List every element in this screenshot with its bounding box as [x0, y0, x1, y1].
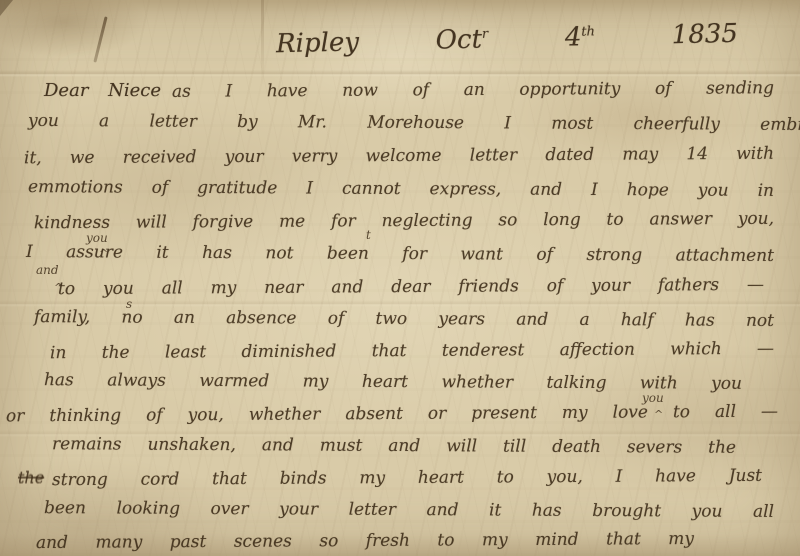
dateline-month: Octr — [435, 24, 488, 55]
letter-line: to you all my near and dear friends of y… — [58, 275, 764, 299]
letter-line: family, no an absence of two years and a… — [34, 307, 774, 331]
insertion-caret: ^ — [654, 408, 663, 421]
interlinear-insertion: you — [86, 231, 108, 245]
interlinear-insertion: s — [126, 297, 132, 311]
dateline-year: 1835 — [671, 19, 738, 50]
vertical-fold-crease — [261, 0, 264, 85]
letter-salutation: Dear Niece — [44, 80, 161, 101]
letter-line: I assure it has not been for want of str… — [26, 242, 774, 266]
ink-slash-mark — [93, 16, 107, 62]
insertion-caret: ^ — [54, 281, 63, 294]
struck-out-word: the — [18, 468, 44, 487]
letter-line: as I have now of an opportunity of sendi… — [172, 78, 774, 102]
scanned-letter-page: Ripley Octr 4th 1835 Dear Niece as I hav… — [0, 0, 800, 556]
letter-line: been looking over your letter and it has… — [44, 498, 774, 522]
letter-line: emmotions of gratitude I cannot express,… — [28, 177, 774, 201]
letter-dateline: Ripley Octr 4th 1835 — [276, 19, 739, 59]
dateline-day-ordinal: th — [581, 24, 595, 39]
letter-line: it, we received your verry welcome lette… — [24, 144, 774, 169]
interlinear-insertion: t — [366, 228, 371, 242]
letter-line: has always warmed my heart whether talki… — [44, 370, 742, 394]
dateline-place: Ripley — [276, 27, 360, 59]
letter-line: kindness will forgive me for neglecting … — [34, 209, 774, 234]
letter-line: and many past scenes so fresh to my mind… — [36, 529, 694, 553]
letter-line: you a letter by Mr. Morehouse I most che… — [28, 111, 800, 135]
interlinear-insertion: and — [36, 263, 59, 277]
letter-line: remains unshaken, and must and will till… — [52, 434, 736, 458]
horizontal-fold-crease — [0, 70, 800, 77]
horizontal-fold-crease — [0, 300, 800, 307]
letter-line: strong cord that binds my heart to you, … — [52, 466, 762, 490]
interlinear-insertion: you — [642, 391, 664, 405]
dateline-month-suffix: r — [482, 27, 489, 42]
dateline-day: 4th — [565, 22, 596, 53]
insertion-caret: ^ — [99, 247, 108, 260]
corner-ink-stain — [0, 0, 13, 16]
letter-line: in the least diminished that tenderest a… — [50, 339, 774, 363]
